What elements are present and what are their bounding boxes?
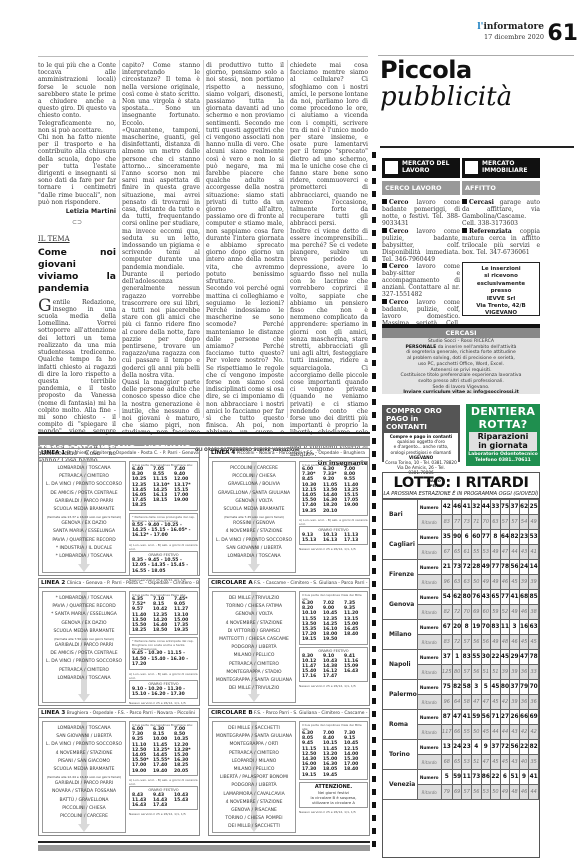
lotto-number: 5 (481, 680, 491, 695)
lotto-number: 19 (471, 620, 481, 635)
inserzioni-info-box: Le inserzioni si ricevono esclusivamente… (462, 262, 540, 316)
lotto-delay: 50 (471, 725, 481, 740)
label-ritardo: Ritardo (417, 605, 441, 620)
transport-bottom-rule (38, 841, 370, 843)
lotto-row-numeri: MilanoNumero672081970831131663 (383, 620, 539, 635)
festivo-time: 17.43 (153, 803, 174, 808)
lotto-delay: 46 (519, 605, 529, 620)
lotto-delay: 59 (491, 605, 501, 620)
times-grid: 6.006.307.007.30*7.33*8.008.459.209.5510… (302, 467, 365, 514)
departure-time: 19.45 (323, 773, 344, 778)
departure-time: 19.00 (344, 503, 365, 508)
timetable: Il bus parte dal capolinea Brughiera all… (129, 721, 198, 816)
bus-line-linea-1: LINEA 1 Brughiera - Cimitero - Ospedale … (38, 448, 200, 576)
label-ritardo: Ritardo (417, 665, 441, 680)
bus-line-linea-2: LINEA 2 Clinica - Genova - P. Parri - Po… (38, 578, 200, 706)
bus-stop: GRAVELLONA / BOLIVIA (213, 481, 295, 489)
lotto-number: 41 (462, 710, 472, 725)
lotto-delay: 42 (529, 725, 539, 740)
bus-stop: GARIBALDI / PARCO PARRI (43, 780, 125, 788)
special-caption: * Partenze delle corse anticipate dal ca… (132, 639, 195, 651)
lotto-delay: 44 (500, 725, 510, 740)
lotto-number: 11 (462, 770, 472, 785)
line-title: CIRCOLARE A F.S. - Cascame - Cimitero - … (209, 579, 369, 588)
festivo-time: 17.47 (323, 674, 344, 679)
lotto-number: 37 (441, 650, 452, 665)
lotto-delay: 53 (462, 755, 472, 770)
lotto-number: 54 (441, 590, 452, 605)
bus-stop: PAVIA / QUARTIERE RECORD (43, 603, 125, 611)
classified-ad: Cerco lavoro come badante pomeriggi, di … (382, 199, 460, 227)
bus-line-linea-3: LINEA 3 Brughiera - Ospedale - F.S. - Pa… (38, 708, 200, 836)
bus-stop: PICCOLINI / CARCERE (43, 813, 125, 821)
compro-oro-ad: COMPRO ORO PAGO in CONTANTI Compre e pag… (382, 405, 460, 462)
column-divider (203, 60, 204, 418)
lotto-number: 90 (452, 530, 462, 545)
special-times: 8.55 - 9.40 - 10.25 - 14.25 - 15.15 - 16… (132, 523, 195, 539)
lotto-delay: 68 (441, 755, 452, 770)
lotto-delay: 40 (519, 755, 529, 770)
lotto-number: 37 (510, 680, 520, 695)
lotto-number: 80 (462, 590, 472, 605)
lotto-row-numeri: FirenzeNumero21737228497778562414 (383, 560, 539, 575)
lotto-number: 67 (441, 620, 452, 635)
departure-time: 18.50 (153, 628, 174, 633)
lotto-delay: 51 (471, 755, 481, 770)
lotto-delay: 45 (491, 695, 501, 710)
lotto-number: 37 (491, 740, 501, 755)
lotto-number: 80 (500, 680, 510, 695)
article-column-3: di produttivo tutto il giorno, pensiamo … (206, 62, 284, 444)
label-numero: Numero (417, 770, 441, 785)
lotto-number: 47 (519, 650, 529, 665)
lotto-delay: 58 (462, 695, 472, 710)
classified-ad: Cerco lavoro come baby-sitter e accompag… (382, 263, 460, 298)
lotto-delay: 36 (529, 695, 539, 710)
lotto-delay: 82 (441, 605, 452, 620)
lotto-number: 20 (452, 620, 462, 635)
section-subtitle: pubblicità (380, 82, 512, 112)
lotto-delay: 49 (491, 545, 501, 560)
cercasi-ad: CERCASI Studio Socci - Rossi RICERCA PER… (382, 324, 540, 394)
timetable: Il bus parte dal capolinea Brughiera all… (129, 461, 198, 582)
lotto-number: 8 (491, 530, 501, 545)
lotto-delay: 38 (529, 605, 539, 620)
festivo-grid: 8.439.4310.4311.4314.4315.4316.4317.43 (132, 793, 195, 809)
line-name: LINEA 1 (41, 450, 65, 456)
lotto-number: 37 (510, 500, 520, 515)
dentiera-ad: DENTIERA ROTTA? Riparazioni in giornata … (466, 404, 540, 466)
bus-stop: DEI MILLE / TRIVULZIO (213, 595, 295, 603)
departure-time: 19.35 (174, 628, 195, 633)
lotto-delay: 39 (510, 665, 520, 680)
lotto-delay: 61 (462, 545, 472, 560)
bus-stop: PETRARCA / CIMITERO (213, 750, 295, 758)
lotto-delay: 73 (462, 515, 472, 530)
lotto-number: 9 (519, 770, 529, 785)
lotto-number: 13 (441, 740, 452, 755)
lotto-number: 82 (529, 740, 539, 755)
lotto-delay: 83 (441, 515, 452, 530)
timetable-caption: Il bus parte dal capolinea Viale dei Mil… (302, 723, 365, 731)
bus-stop: SANTA MARIA / ESSELUNGA (43, 528, 125, 536)
lotto-city: Napoli (383, 650, 417, 680)
lotto-subtitle: LA PROSSIMA ESTRAZIONE È IN PROGRAMMA OG… (383, 491, 539, 499)
stops-list: DEI MILLE / SACCHETTIMONTEGRAPPA / SANTA… (212, 721, 296, 833)
lotto-number: 73 (452, 560, 462, 575)
lotto-number: 55 (471, 650, 481, 665)
bus-stop: L. DA VINCI / PRONTO SOCCORSO (43, 658, 125, 666)
lotto-delay: 46 (500, 575, 510, 590)
label-numero: Numero (417, 530, 441, 545)
label-numero: Numero (417, 620, 441, 635)
lotto-delay: 46 (519, 785, 529, 800)
departure-time: 18.15 (153, 498, 174, 503)
bus-stop: PAVIA / QUARTIERE RECORD (43, 537, 125, 545)
lotto-number: 22 (519, 740, 529, 755)
weekday-times: Il bus parte dal capolinea Viale dei Mil… (299, 721, 368, 780)
festivo-time (174, 803, 195, 808)
lotto-delay: 47 (481, 755, 491, 770)
lotto-number: 78 (529, 650, 539, 665)
lotto-number: 66 (519, 710, 529, 725)
lotto-number: 82 (510, 530, 520, 545)
bus-stop: LOMBARDIA / TOSCANA (213, 553, 295, 561)
bus-stop: PETRARCA / CIMITERO (213, 661, 295, 669)
lotto-delay: 43 (510, 755, 520, 770)
lotto-city: Milano (383, 620, 417, 650)
bullet-icon (382, 299, 387, 304)
lotto-delay: 41 (529, 545, 539, 560)
lotto-delay: 49 (491, 635, 501, 650)
departure-time: 18.25 (132, 503, 153, 508)
bus-stop: GENOVA / PISACANE (213, 807, 295, 815)
stops-list: * LOMBARDIA / TOSCANAPAVIA / QUARTIERE R… (42, 591, 126, 703)
lotto-delay: 77 (452, 515, 462, 530)
label-ritardo: Ritardo (417, 785, 441, 800)
departure-time: 20.10 (323, 509, 344, 514)
lotto-city: Firenze (383, 560, 417, 590)
lotto-number: 4 (471, 740, 481, 755)
departure-time: 19.50 (323, 637, 344, 642)
lotto-number: 56 (510, 560, 520, 575)
lotto-number: 23 (462, 740, 472, 755)
lotto-delay: 57 (462, 785, 472, 800)
label-numero: Numero (417, 710, 441, 725)
lotto-delay: 63 (452, 575, 462, 590)
lotto-number: 24 (519, 560, 529, 575)
lotto-row-numeri: GenovaNumero54628076436577416885 (383, 590, 539, 605)
article-column-1: to le qui più che a Conte toccava alle a… (38, 62, 116, 464)
bus-stop: GARIBALDI / PARCO PARRI (43, 642, 125, 650)
lotto-delay: 44 (510, 545, 520, 560)
bus-stop: ROSSINI / GENOVA (213, 520, 295, 528)
bus-stop: BATTÙ / GRAVELLONA (43, 797, 125, 805)
bus-stop: SCUOLA MEDIA BRAMANTE (43, 766, 125, 774)
bus-stop: LAMARMORA / CAVALCAVIA (213, 791, 295, 799)
lotto-delay: 51 (491, 665, 501, 680)
lotto-city: Torino (383, 740, 417, 770)
bus-stop: PETRARCA / CIMITERO (43, 667, 125, 675)
bus-stop: SCUOLA MEDIA BRAMANTE (43, 506, 125, 514)
mercato-lavoro-header: MERCATO DEL LAVORO (382, 158, 460, 178)
bus-stop: * LOMBARDIA / TOSCANA (43, 595, 125, 603)
special-runs: * Partenze delle corse anticipate dal ca… (129, 637, 198, 669)
section-rule (380, 146, 574, 148)
label-ritardo: Ritardo (417, 515, 441, 530)
departure-time: 19.35 (302, 509, 323, 514)
bus-stop: SAN GIOVANNI / LIBERTÀ (43, 733, 125, 741)
bus-stop: * SANTA MARIA / ESSELUNGA (43, 611, 125, 619)
stops-list: LOMBARDIA / TOSCANASAN GIOVANNI / LIBERT… (42, 721, 126, 833)
festivo-box: ORARIO FESTIVO8.35 - 9.45 - 10.55 - 12.0… (129, 551, 198, 576)
lotto-delay: 49 (529, 515, 539, 530)
lotto-row-numeri: NapoliNumero3718355302245294778 (383, 650, 539, 665)
transport-bottom-bar (38, 845, 370, 851)
weekday-times: Il bus parte dal capolinea Pavia alle:6.… (129, 591, 198, 635)
lotto-number: 28 (471, 560, 481, 575)
lotto-number: 41 (510, 590, 520, 605)
lotto-delay: 48 (510, 785, 520, 800)
bus-stop: 4 NOVEMBRE / STAZIONE (213, 528, 295, 536)
lotto-delay: 72 (452, 605, 462, 620)
classified-ad: Cercasi garage auto da affittare, via Ga… (462, 199, 540, 227)
lotto-number: 72 (462, 560, 472, 575)
bus-stop: MATTEOTTI / CHIESA CASCAME (213, 636, 295, 644)
lotto-delay: 117 (441, 725, 452, 740)
bus-stop: 4 NOVEMBRE / STAZIONE (43, 750, 125, 758)
lotto-row-numeri: BariNumero42464132443375376225 (383, 500, 539, 515)
lotto-city: Bari (383, 500, 417, 530)
bus-stop: SCUOLA MEDIA BRAMANTE (43, 628, 125, 636)
lotto-delay: 53 (481, 785, 491, 800)
lotto-delay: 39 (510, 695, 520, 710)
lotto-title: LOTTO: I RITARDI (383, 473, 539, 491)
festivo-box: ORARIO FESTIVO9.10 - 10.20 - 11.30 - 15.… (129, 680, 198, 700)
bus-stop: PETRARCA / CIMITERO (43, 473, 125, 481)
lotto-number: 6 (500, 770, 510, 785)
lotto-delay: 96 (441, 575, 452, 590)
bus-stop: LIBERTÀ / PALASPORT BONOMI (213, 774, 295, 782)
lotto-number: 63 (529, 620, 539, 635)
attention-title: ATTENZIONE. (315, 784, 352, 790)
attention-line: utilizzare la circolare A (302, 800, 365, 805)
lotto-delay: 55 (462, 725, 472, 740)
bus-line-circolare-a: CIRCOLARE A F.S. - Cascame - Cimitero - … (208, 578, 370, 706)
lotto-number: 11 (500, 620, 510, 635)
festivo-grid: 9.1310.1311.1315.1316.1317.13 (302, 533, 365, 543)
departure-time: 18.40 (344, 632, 365, 637)
festivo-time: 17.13 (344, 538, 365, 543)
lotto-delay: 45 (529, 635, 539, 650)
weekday-times: Il bus parte dal capolinea Brughiera all… (129, 461, 198, 511)
lotto-delay: 49 (491, 575, 501, 590)
lotto-city: Palermo (383, 680, 417, 710)
lotto-number: 87 (441, 710, 452, 725)
lotto-number: 22 (491, 650, 501, 665)
line-route: F.S. - Cascame - Cimitero - S. Giuliana … (253, 581, 369, 586)
bus-stop: DEI MILLE / SACCHETTI (213, 823, 295, 831)
line-title: LINEA 3 Brughiera - Ospedale - F.S. - Pa… (39, 709, 199, 718)
lotto-delay: 72 (452, 635, 462, 650)
lotto-delay: 42 (500, 695, 510, 710)
lotto-number: 56 (481, 710, 491, 725)
bus-stop: PICCOLINI / CHIESA (213, 473, 295, 481)
bullet-icon (462, 228, 467, 233)
bus-stop: SAN GIOVANNI / LIBERTÀ (213, 545, 295, 553)
service-note: Nessun servizio il 25 e 26/12, 1/1, 1/5 (299, 547, 368, 551)
lotto-delay: 65 (452, 755, 462, 770)
lotto-number: 30 (481, 650, 491, 665)
line-route: F.S. - Parco Parri - S. Giuliana - Cimit… (253, 711, 369, 716)
line-route: Piccolini - Novara - Parco Parri - F.S. … (235, 451, 365, 456)
lotto-city: Venezia (383, 770, 417, 800)
lotto-number: 70 (481, 620, 491, 635)
departure-time: 20.05 (174, 769, 195, 774)
square-icon (465, 161, 478, 174)
special-caption: * Partenza dalle corse prolungate dal ca… (132, 515, 195, 523)
lotto-delay: 50 (471, 575, 481, 590)
lotto-delay: 47 (500, 545, 510, 560)
departure-time: 18.25 (132, 628, 153, 633)
timetable-note: A) Lun.-ven. scol. - B) sab. e giorni di… (299, 518, 368, 526)
lotto-number: 3 (471, 680, 481, 695)
bullet-icon (382, 263, 387, 268)
transport-top-rule (38, 432, 370, 434)
weekday-times: Il bus parte dal capolinea Brughiera all… (129, 721, 198, 776)
arrow-head-icon (248, 694, 260, 702)
lotto-number: 82 (452, 680, 462, 695)
lotto-delay: 55 (471, 545, 481, 560)
line-name: LINEA 4 (211, 450, 235, 456)
special-runs: * Partenza dalle corse prolungate dal ca… (129, 513, 198, 541)
service-note: Nessun servizio il 25 e 26/12, 1/1, 1/5 (299, 810, 368, 814)
end-mark-icon: ⊂⊃ (38, 219, 116, 226)
lotto-ritardi-table: LOTTO: I RITARDI LA PROSSIMA ESTRAZIONE … (382, 472, 540, 858)
lotto-number: 6 (462, 530, 472, 545)
bus-stop: MILANO / PELLICO (213, 652, 295, 660)
lotto-number: 64 (500, 530, 510, 545)
lotto-number: 77 (481, 530, 491, 545)
lotto-delay: 56 (481, 635, 491, 650)
festivo-box: ORARIO FESTIVO9.1310.1311.1315.1316.1317… (299, 526, 368, 545)
label-numero: Numero (417, 740, 441, 755)
line-title: LINEA 1 Brughiera - Cimitero - Ospedale … (39, 449, 199, 458)
bus-stop: DEI MILLE / SACCHETTI (213, 725, 295, 733)
bus-stop: L. DA VINCI / PRONTO SOCCORSO (43, 741, 125, 749)
bus-line-linea-4: LINEA 4 Piccolini - Novara - Parco Parri… (208, 448, 370, 576)
lotto-row-numeri: PalermoNumero758258354580377970 (383, 680, 539, 695)
bus-stop: PODGORA / LIBERTÀ (213, 782, 295, 790)
lotto-delay: 63 (491, 515, 501, 530)
lotto-number: 77 (500, 590, 510, 605)
lavoro-ads: Cerco lavoro come badante pomeriggi, di … (382, 199, 460, 334)
weekday-times: Il bus parte dal capolinea Piccolini all… (299, 461, 368, 516)
lotto-delay: 57 (510, 515, 520, 530)
lotto-delay: 47 (471, 695, 481, 710)
lotto-delay: 43 (519, 545, 529, 560)
bullet-icon (382, 199, 387, 204)
masthead: l'informatore 17 dicembre 2020 61 (440, 22, 580, 52)
bus-stop: * LOMBARDIA / TOSCANA (43, 553, 125, 561)
lotto-delay: 57 (462, 635, 472, 650)
lotto-delay: 49 (500, 785, 510, 800)
departure-time: 18.40 (344, 767, 365, 772)
article-column-2: capito? Come stanno interpretando le cir… (122, 62, 200, 444)
lotto-number: 27 (500, 710, 510, 725)
lotto-number: 41 (462, 500, 472, 515)
lotto-row-numeri: VeneziaNumero55911738622651941 (383, 770, 539, 785)
lotto-number: 47 (452, 710, 462, 725)
lotto-delay: 64 (452, 695, 462, 710)
transport-header: TRASPORTO URBANO - VIGEVANOGLI ORARI POT… (38, 436, 370, 446)
lotto-number: 49 (481, 560, 491, 575)
lotto-delay: 47 (481, 695, 491, 710)
lotto-number: 86 (481, 770, 491, 785)
bus-stop: 4 NOVEMBRE / STAZIONE (213, 620, 295, 628)
lotto-number: 59 (471, 710, 481, 725)
line-name: CIRCOLARE A (211, 580, 253, 586)
lotto-number: 29 (510, 650, 520, 665)
line-name: LINEA 2 (41, 580, 65, 586)
lotto-number: 51 (510, 770, 520, 785)
festivo-times: 8.35 - 9.45 - 10.55 - 12.05 - 14.35 - 15… (132, 558, 195, 574)
lotto-number: 16 (519, 620, 529, 635)
festivo-box: ORARIO FESTIVO8.309.109.4110.1210.4311.1… (299, 647, 368, 682)
lotto-number: 14 (529, 560, 539, 575)
lotto-number: 44 (481, 500, 491, 515)
line-route: Brughiera - Ospedale - F.S. - Parco Parr… (65, 711, 195, 716)
departure-time: 19.15 (302, 773, 323, 778)
bus-stop: PISANI / SAN GIACOMO (43, 758, 125, 766)
lotto-delay: 48 (500, 635, 510, 650)
bus-stop: NOVARA / STRADA FOSSANA (43, 788, 125, 796)
bullet-icon (382, 228, 387, 233)
special-times: 9.45 - 10.30 - 11.15 - 14.50 - 15.40 - 1… (132, 651, 195, 667)
lotto-number: 69 (529, 710, 539, 725)
service-note: Nessun servizio il 25 e 26/12, 1/1, 1/5 (129, 701, 198, 705)
lotto-delay: 44 (529, 785, 539, 800)
lotto-delay: 49 (510, 605, 520, 620)
times-grid: 6.307.027.358.209.009.3510.1010.4511.201… (302, 601, 365, 643)
lotto-number: 23 (519, 530, 529, 545)
festivo-time: 17.16 (302, 674, 323, 679)
lotto-delay: 54 (519, 515, 529, 530)
lotto-number: 62 (452, 590, 462, 605)
lotto-number: 8 (462, 620, 472, 635)
stops-list: PICCOLINI / CARCEREPICCOLINI / CHIESAGRA… (212, 461, 296, 573)
bus-stop: GENOVA / EX DAZIO (43, 620, 125, 628)
lotto-number: 73 (471, 770, 481, 785)
lotto-number: 62 (519, 500, 529, 515)
bus-stop: GENOVA / EX DAZIO (43, 520, 125, 528)
lotto-delay: 56 (471, 665, 481, 680)
lotto-delay: 66 (452, 725, 462, 740)
affitto-subheader: AFFITTO (462, 181, 540, 195)
lotto-row-numeri: RomaNumero87474159567127266669 (383, 710, 539, 725)
lotto-number: 77 (491, 560, 501, 575)
lotto-delay: 96 (441, 695, 452, 710)
label-ritardo: Ritardo (417, 695, 441, 710)
lotto-delay: 70 (481, 515, 491, 530)
timetable: Il bus parte dal capolinea Piccolini all… (299, 461, 368, 551)
lotto-delay: 49 (481, 575, 491, 590)
lotto-delay: 45 (500, 755, 510, 770)
lotto-number: 41 (529, 770, 539, 785)
lotto-number: 76 (471, 590, 481, 605)
classified-ad: Cerco lavoro come pulizie, badante, baby… (382, 228, 460, 263)
decorative-dash-column (372, 152, 376, 852)
